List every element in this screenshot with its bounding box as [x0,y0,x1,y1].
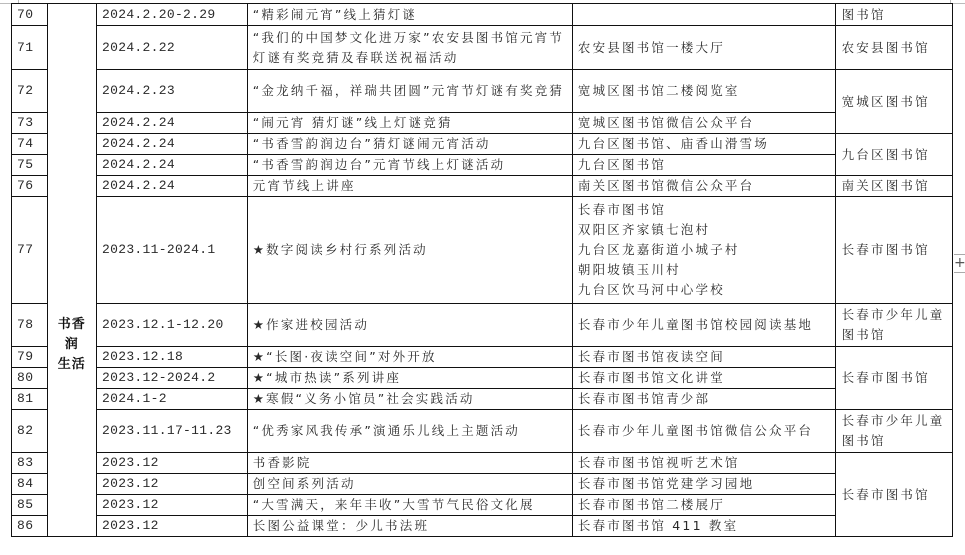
activity-name: “我们的中国梦文化进万家”农安县图书馆元宵节灯谜有奖竞猜及春联送祝福活动 [247,26,572,70]
row-number: 81 [12,389,48,410]
table-row: 85 2023.12 “大雪满天，来年丰收”大雪节气民俗文化展 长春市图书馆二楼… [12,495,953,516]
activity-location: 宽城区图书馆二楼阅览室 [572,70,835,113]
activity-location: 长春市图书馆视听艺术馆 [572,453,835,474]
table-row: 71 2024.2.22 “我们的中国梦文化进万家”农安县图书馆元宵节灯谜有奖竞… [12,26,953,70]
table-row: 81 2024.1-2 ★寒假“义务小馆员”社会实践活动 长春市图书馆青少部 [12,389,953,410]
activity-date: 2023.12 [97,474,248,495]
activity-date: 2023.12 [97,453,248,474]
activity-location: 长春市图书馆党建学习园地 [572,474,835,495]
table-row: 73 2024.2.24 “闹元宵 猜灯谜”线上灯谜竞猜 宽城区图书馆微信公众平… [12,113,953,134]
activity-location: 九台区图书馆、庙香山滑雪场 [572,134,835,155]
activity-name: “书香雪韵润边台”元宵节线上灯谜活动 [247,155,572,176]
table-row: 78 2023.12.1-12.20 ★作家进校园活动 长春市少年儿童图书馆校园… [12,304,953,347]
organizer: 长春市图书馆 [835,197,952,304]
row-number: 74 [12,134,48,155]
table-row: 70 书香润 生活 2024.2.20-2.29 “精彩闹元宵”线上猜灯谜 图书… [12,4,953,26]
activity-name: 创空间系列活动 [247,474,572,495]
row-number: 85 [12,495,48,516]
table-row: 76 2024.2.24 元宵节线上讲座 南关区图书馆微信公众平台 南关区图书馆 [12,176,953,197]
table-row: 80 2023.12-2024.2 ★“城市热读”系列讲座 长春市图书馆文化讲堂 [12,368,953,389]
activity-date: 2023.12.1-12.20 [97,304,248,347]
activity-date: 2024.2.24 [97,113,248,134]
row-number: 73 [12,113,48,134]
activity-date: 2024.2.23 [97,70,248,113]
activity-location: 长春市图书馆二楼展厅 [572,495,835,516]
table-row: 84 2023.12 创空间系列活动 长春市图书馆党建学习园地 [12,474,953,495]
activity-date: 2024.2.24 [97,155,248,176]
activity-name: “闹元宵 猜灯谜”线上灯谜竞猜 [247,113,572,134]
row-number: 76 [12,176,48,197]
activity-location: 九台区图书馆 [572,155,835,176]
row-number: 80 [12,368,48,389]
activity-date: 2024.2.24 [97,134,248,155]
row-number: 71 [12,26,48,70]
activity-name: “书香雪韵润边台”猜灯谜闹元宵活动 [247,134,572,155]
activity-location [572,4,835,26]
activity-date: 2023.11-2024.1 [97,197,248,304]
activity-name: “精彩闹元宵”线上猜灯谜 [247,4,572,26]
activity-date: 2024.2.20-2.29 [97,4,248,26]
organizer: 九台区图书馆 [835,134,952,176]
row-number: 79 [12,347,48,368]
activity-name: “金龙纳千福，祥瑞共团圆”元宵节灯谜有奖竞猜 [247,70,572,113]
organizer: 长春市少年儿童图书馆 [835,410,952,453]
table-row: 79 2023.12.18 ★“长图·夜读空间”对外开放 长春市图书馆夜读空间 … [12,347,953,368]
activity-location: 宽城区图书馆微信公众平台 [572,113,835,134]
row-number: 70 [12,4,48,26]
category-cell: 书香润 生活 [47,4,97,537]
activity-name: ★作家进校园活动 [247,304,572,347]
table-row: 74 2024.2.24 “书香雪韵润边台”猜灯谜闹元宵活动 九台区图书馆、庙香… [12,134,953,155]
organizer: 宽城区图书馆 [835,70,952,134]
table-row: 83 2023.12 书香影院 长春市图书馆视听艺术馆 长春市图书馆 [12,453,953,474]
organizer: 长春市图书馆 [835,347,952,410]
activity-location: 长春市图书馆夜读空间 [572,347,835,368]
row-number: 83 [12,453,48,474]
row-number: 75 [12,155,48,176]
table-row: 77 2023.11-2024.1 ★数字阅读乡村行系列活动 长春市图书馆 双阳… [12,197,953,304]
activity-location: 南关区图书馆微信公众平台 [572,176,835,197]
activity-date: 2024.2.22 [97,26,248,70]
activity-name: ★“城市热读”系列讲座 [247,368,572,389]
table-row: 86 2023.12 长图公益课堂：少儿书法班 长春市图书馆 411 教室 [12,516,953,537]
activity-location: 长春市图书馆 双阳区齐家镇七泡村 九台区龙嘉街道小城子村 朝阳坡镇玉川村 九台区… [572,197,835,304]
activity-location: 长春市图书馆文化讲堂 [572,368,835,389]
organizer: 长春市少年儿童图书馆 [835,304,952,347]
activity-name: 书香影院 [247,453,572,474]
activity-date: 2023.12 [97,495,248,516]
row-number: 72 [12,70,48,113]
organizer: 图书馆 [835,4,952,26]
table-row: 72 2024.2.23 “金龙纳千福，祥瑞共团圆”元宵节灯谜有奖竞猜 宽城区图… [12,70,953,113]
row-number: 77 [12,197,48,304]
row-number: 78 [12,304,48,347]
activity-name: 长图公益课堂：少儿书法班 [247,516,572,537]
activity-date: 2024.1-2 [97,389,248,410]
activity-location: 农安县图书馆一楼大厅 [572,26,835,70]
organizer: 长春市图书馆 [835,453,952,537]
row-number: 82 [12,410,48,453]
activity-name: ★“长图·夜读空间”对外开放 [247,347,572,368]
activity-date: 2023.11.17-11.23 [97,410,248,453]
activity-date: 2023.12.18 [97,347,248,368]
activity-location: 长春市少年儿童图书馆校园阅读基地 [572,304,835,347]
row-number: 84 [12,474,48,495]
activity-name: “优秀家风我传承”演通乐儿线上主题活动 [247,410,572,453]
add-row-button[interactable]: + [954,254,965,273]
organizer: 南关区图书馆 [835,176,952,197]
table-row: 75 2024.2.24 “书香雪韵润边台”元宵节线上灯谜活动 九台区图书馆 [12,155,953,176]
activity-name: “大雪满天，来年丰收”大雪节气民俗文化展 [247,495,572,516]
activity-date: 2023.12-2024.2 [97,368,248,389]
activity-date: 2024.2.24 [97,176,248,197]
activity-name: ★数字阅读乡村行系列活动 [247,197,572,304]
activity-location: 长春市图书馆青少部 [572,389,835,410]
row-number: 86 [12,516,48,537]
activity-location: 长春市图书馆 411 教室 [572,516,835,537]
activity-name: 元宵节线上讲座 [247,176,572,197]
activity-name: ★寒假“义务小馆员”社会实践活动 [247,389,572,410]
activity-table: 70 书香润 生活 2024.2.20-2.29 “精彩闹元宵”线上猜灯谜 图书… [11,3,953,537]
activity-location: 长春市少年儿童图书馆微信公众平台 [572,410,835,453]
table-row: 82 2023.11.17-11.23 “优秀家风我传承”演通乐儿线上主题活动 … [12,410,953,453]
organizer: 农安县图书馆 [835,26,952,70]
activity-date: 2023.12 [97,516,248,537]
